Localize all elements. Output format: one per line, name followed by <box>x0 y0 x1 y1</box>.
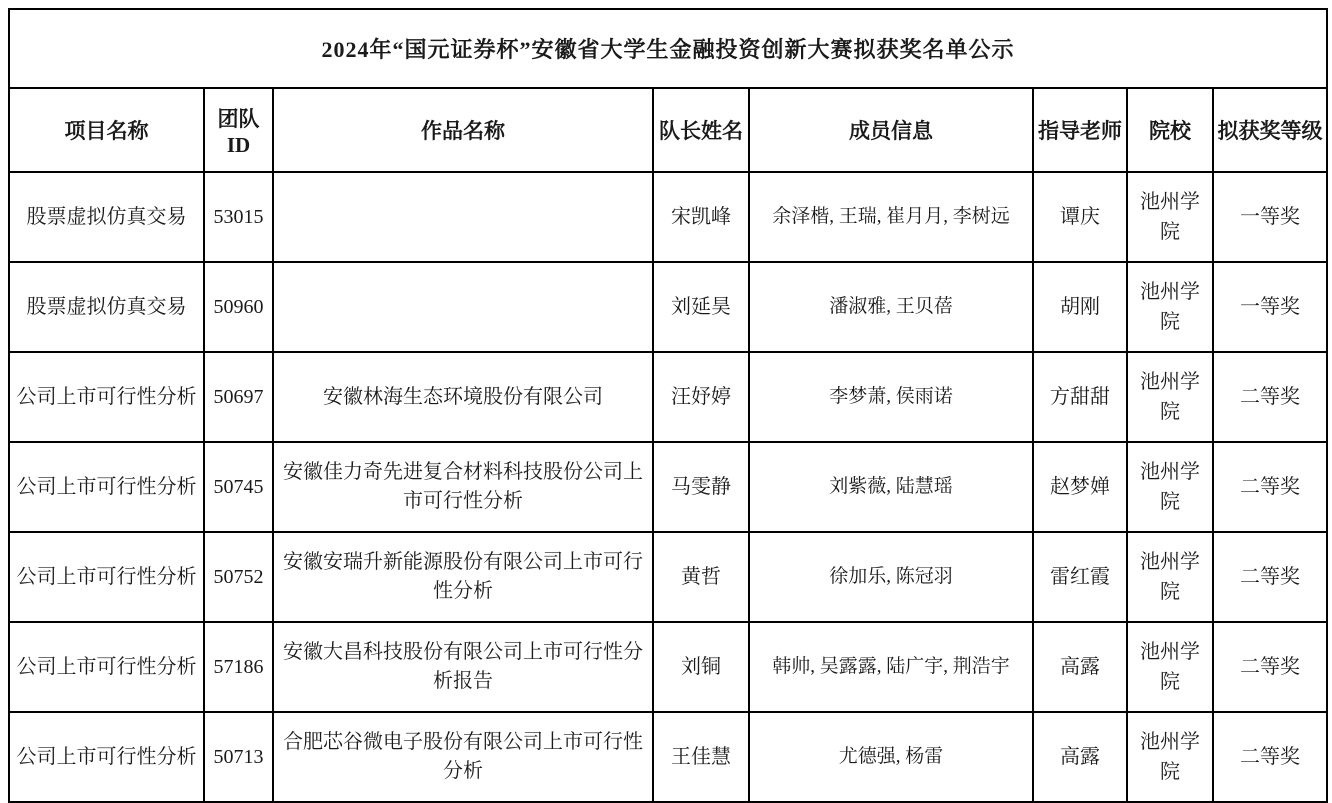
col-header-school: 院校 <box>1127 88 1213 172</box>
cell-project: 股票虚拟仿真交易 <box>9 172 204 262</box>
cell-school: 池州学院 <box>1127 442 1213 532</box>
cell-school: 池州学院 <box>1127 712 1213 802</box>
header-row: 项目名称 团队ID 作品名称 队长姓名 成员信息 指导老师 院校 拟获奖等级 <box>9 88 1327 172</box>
cell-school: 池州学院 <box>1127 172 1213 262</box>
cell-advisor: 胡刚 <box>1033 262 1127 352</box>
table-row: 公司上市可行性分析 50697 安徽林海生态环境股份有限公司 汪妤婷 李梦萧, … <box>9 352 1327 442</box>
table-row: 公司上市可行性分析 50752 安徽安瑞升新能源股份有限公司上市可行性分析 黄哲… <box>9 532 1327 622</box>
cell-leader: 汪妤婷 <box>653 352 749 442</box>
col-header-team-id: 团队ID <box>204 88 273 172</box>
cell-project: 公司上市可行性分析 <box>9 712 204 802</box>
cell-school: 池州学院 <box>1127 532 1213 622</box>
cell-leader: 马雯静 <box>653 442 749 532</box>
table-row: 股票虚拟仿真交易 50960 刘延昊 潘淑雅, 王贝蓓 胡刚 池州学院 一等奖 <box>9 262 1327 352</box>
cell-leader: 刘铜 <box>653 622 749 712</box>
cell-work: 安徽大昌科技股份有限公司上市可行性分析报告 <box>273 622 653 712</box>
cell-members: 韩帅, 吴露露, 陆广宇, 荆浩宇 <box>749 622 1033 712</box>
cell-award: 一等奖 <box>1213 262 1327 352</box>
cell-team-id: 53015 <box>204 172 273 262</box>
col-header-advisor: 指导老师 <box>1033 88 1127 172</box>
cell-members: 李梦萧, 侯雨诺 <box>749 352 1033 442</box>
cell-award: 二等奖 <box>1213 352 1327 442</box>
announcement-page: 2024年“国元证券杯”安徽省大学生金融投资创新大赛拟获奖名单公示 项目名称 团… <box>0 0 1332 803</box>
col-header-work: 作品名称 <box>273 88 653 172</box>
awards-table: 2024年“国元证券杯”安徽省大学生金融投资创新大赛拟获奖名单公示 项目名称 团… <box>8 8 1328 803</box>
cell-leader: 宋凯峰 <box>653 172 749 262</box>
cell-advisor: 方甜甜 <box>1033 352 1127 442</box>
cell-work <box>273 172 653 262</box>
cell-award: 二等奖 <box>1213 442 1327 532</box>
col-header-members: 成员信息 <box>749 88 1033 172</box>
cell-members: 潘淑雅, 王贝蓓 <box>749 262 1033 352</box>
cell-project: 公司上市可行性分析 <box>9 442 204 532</box>
cell-project: 公司上市可行性分析 <box>9 532 204 622</box>
cell-advisor: 雷红霞 <box>1033 532 1127 622</box>
cell-team-id: 50697 <box>204 352 273 442</box>
cell-leader: 王佳慧 <box>653 712 749 802</box>
col-header-project: 项目名称 <box>9 88 204 172</box>
table-row: 公司上市可行性分析 50713 合肥芯谷微电子股份有限公司上市可行性分析 王佳慧… <box>9 712 1327 802</box>
cell-work: 合肥芯谷微电子股份有限公司上市可行性分析 <box>273 712 653 802</box>
col-header-award: 拟获奖等级 <box>1213 88 1327 172</box>
cell-school: 池州学院 <box>1127 352 1213 442</box>
table-row: 股票虚拟仿真交易 53015 宋凯峰 余泽楷, 王瑞, 崔月月, 李树远 谭庆 … <box>9 172 1327 262</box>
cell-leader: 刘延昊 <box>653 262 749 352</box>
cell-members: 刘紫薇, 陆慧瑶 <box>749 442 1033 532</box>
cell-school: 池州学院 <box>1127 262 1213 352</box>
cell-project: 公司上市可行性分析 <box>9 352 204 442</box>
cell-award: 一等奖 <box>1213 172 1327 262</box>
cell-project: 公司上市可行性分析 <box>9 622 204 712</box>
cell-team-id: 50713 <box>204 712 273 802</box>
cell-work: 安徽佳力奇先进复合材料科技股份公司上市可行性分析 <box>273 442 653 532</box>
cell-leader: 黄哲 <box>653 532 749 622</box>
cell-team-id: 50745 <box>204 442 273 532</box>
cell-work <box>273 262 653 352</box>
cell-members: 余泽楷, 王瑞, 崔月月, 李树远 <box>749 172 1033 262</box>
cell-school: 池州学院 <box>1127 622 1213 712</box>
cell-award: 二等奖 <box>1213 622 1327 712</box>
cell-work: 安徽林海生态环境股份有限公司 <box>273 352 653 442</box>
page-title: 2024年“国元证券杯”安徽省大学生金融投资创新大赛拟获奖名单公示 <box>9 9 1327 88</box>
title-row: 2024年“国元证券杯”安徽省大学生金融投资创新大赛拟获奖名单公示 <box>9 9 1327 88</box>
table-row: 公司上市可行性分析 50745 安徽佳力奇先进复合材料科技股份公司上市可行性分析… <box>9 442 1327 532</box>
cell-project: 股票虚拟仿真交易 <box>9 262 204 352</box>
col-header-leader: 队长姓名 <box>653 88 749 172</box>
cell-advisor: 谭庆 <box>1033 172 1127 262</box>
cell-award: 二等奖 <box>1213 712 1327 802</box>
cell-members: 徐加乐, 陈冠羽 <box>749 532 1033 622</box>
cell-team-id: 57186 <box>204 622 273 712</box>
cell-award: 二等奖 <box>1213 532 1327 622</box>
cell-advisor: 赵梦婵 <box>1033 442 1127 532</box>
cell-team-id: 50752 <box>204 532 273 622</box>
cell-team-id: 50960 <box>204 262 273 352</box>
cell-advisor: 高露 <box>1033 712 1127 802</box>
table-body: 股票虚拟仿真交易 53015 宋凯峰 余泽楷, 王瑞, 崔月月, 李树远 谭庆 … <box>9 172 1327 802</box>
cell-advisor: 高露 <box>1033 622 1127 712</box>
cell-work: 安徽安瑞升新能源股份有限公司上市可行性分析 <box>273 532 653 622</box>
cell-members: 尤德强, 杨雷 <box>749 712 1033 802</box>
table-row: 公司上市可行性分析 57186 安徽大昌科技股份有限公司上市可行性分析报告 刘铜… <box>9 622 1327 712</box>
